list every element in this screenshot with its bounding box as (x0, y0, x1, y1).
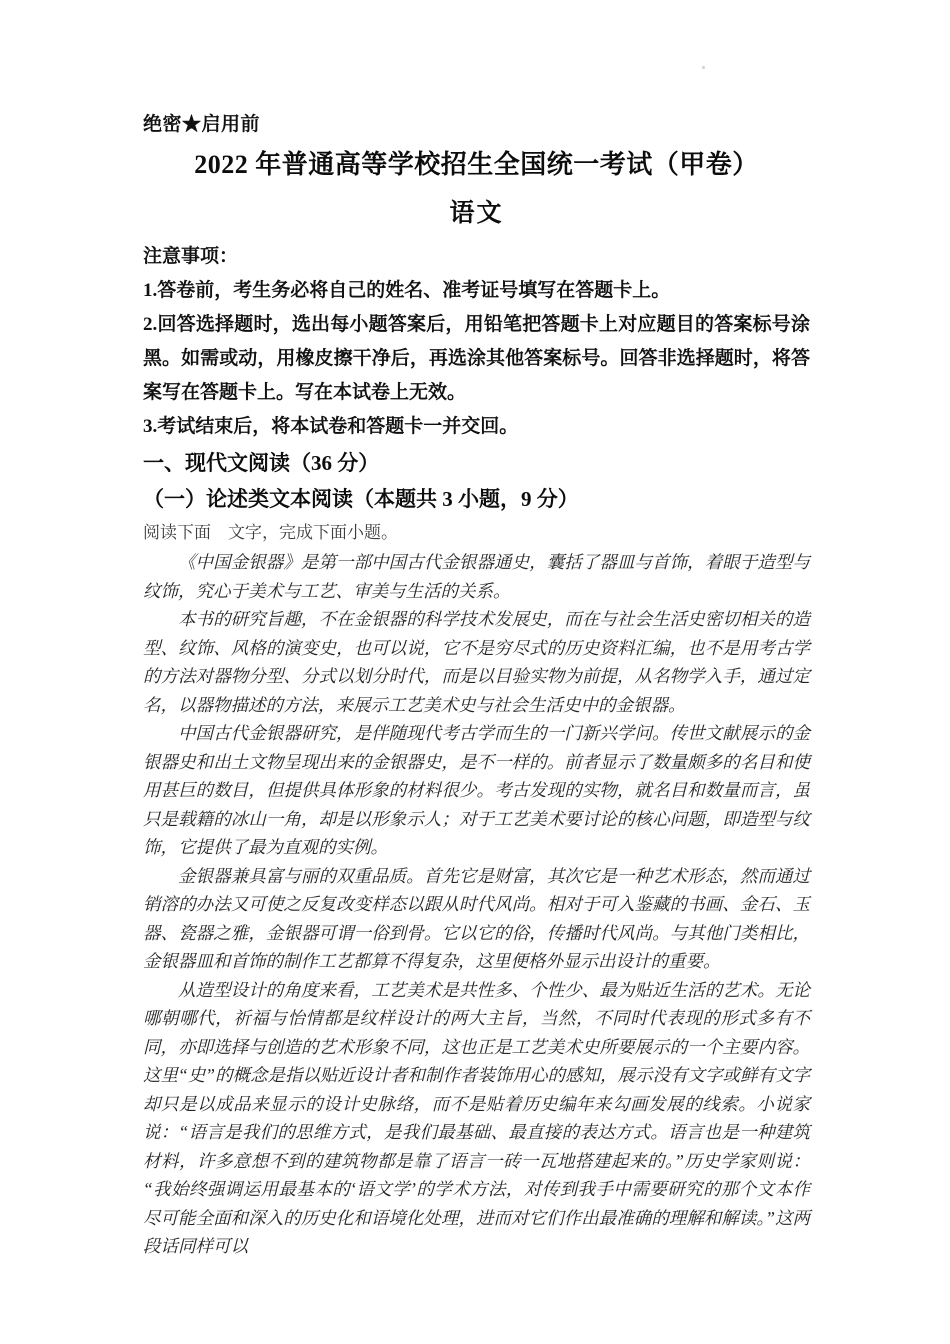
reading-passage: 《中国金银器》是第一部中国古代金银器通史，囊括了器皿与首饰，着眼于造型与纹饰，究… (143, 548, 810, 1261)
passage-paragraph-1: 《中国金银器》是第一部中国古代金银器通史，囊括了器皿与首饰，着眼于造型与纹饰，究… (143, 548, 810, 605)
exam-subject: 语文 (143, 197, 810, 231)
passage-paragraph-5: 从造型设计的角度来看，工艺美术是共性多、个性少、最为贴近生活的艺术。无论哪朝哪代… (143, 976, 810, 1261)
notes-section: 注意事项： 1.答卷前，考生务必将自己的姓名、准考证号填写在答题卡上。 2.回答… (143, 240, 810, 444)
scan-artifact-dot (702, 66, 705, 69)
passage-paragraph-4: 金银器兼具富与丽的双重品质。首先它是财富，其次它是一种艺术形态，然而通过销溶的办… (143, 862, 810, 976)
security-notice: 绝密★启用前 (143, 112, 810, 137)
reading-instruction: 阅读下面 文字，完成下面小题。 (143, 520, 810, 546)
notes-heading: 注意事项： (143, 240, 810, 274)
subsection-heading-argumentative-text: （一）论述类文本阅读（本题共 3 小题，9 分） (143, 484, 810, 514)
note-item-2: 2.回答选择题时，选出每小题答案后，用铅笔把答题卡上对应题目的答案标号涂黑。如需… (143, 308, 810, 410)
passage-paragraph-2: 本书的研究旨趣，不在金银器的科学技术发展史，而在与社会生活史密切相关的造型、纹饰… (143, 605, 810, 719)
exam-paper-page: 绝密★启用前 2022 年普通高等学校招生全国统一考试（甲卷） 语文 注意事项：… (0, 0, 950, 1344)
exam-title: 2022 年普通高等学校招生全国统一考试（甲卷） (143, 147, 810, 183)
section-heading-modern-reading: 一、现代文阅读（36 分） (143, 448, 810, 478)
note-item-1: 1.答卷前，考生务必将自己的姓名、准考证号填写在答题卡上。 (143, 274, 810, 308)
note-item-3: 3.考试结束后，将本试卷和答题卡一并交回。 (143, 410, 810, 444)
passage-paragraph-3: 中国古代金银器研究，是伴随现代考古学而生的一门新兴学问。传世文献展示的金银器史和… (143, 719, 810, 862)
scan-artifact-dot (192, 1250, 194, 1254)
